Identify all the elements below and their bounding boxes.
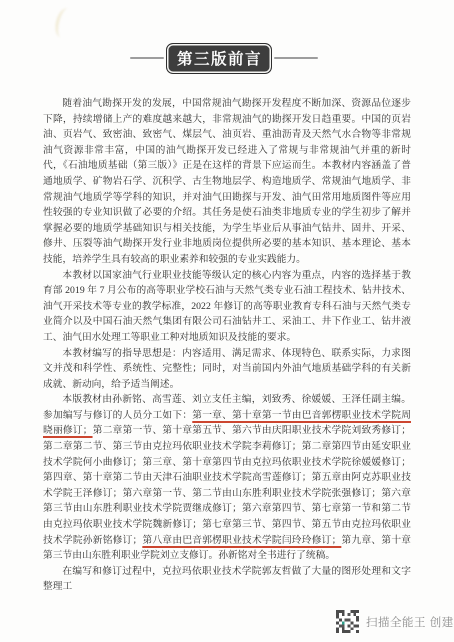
qr-code-icon [336,610,359,633]
contributors-underlined-2: 第八章由巴音郭楞职业技术学院闫玲玲修订； [142,535,341,546]
page-title: 第三版前言 [166,43,272,74]
chapter-title-banner: 第三版前言 [128,44,320,72]
scan-artifact [53,6,77,39]
paragraph-contributors: 本版教材由孙新铭、高雪莲、刘立支任主编，刘致秀、徐媛媛、王泽任副主编。参加编写与… [43,392,411,564]
camscanner-watermark: 扫描全能王 创建 [336,610,454,633]
paragraph-standards: 本教材以国家油气行业职业技能等级认定的核心内容为重点，内容的选择基于教育部 20… [43,268,411,346]
title-left-rule [130,57,164,59]
title-right-rule [274,57,318,59]
paragraph-intro: 随着油气勘探开发的发展，中国常规油气勘探开发程度不断加深、资源品位逐步下降，持续… [43,96,411,268]
paragraph-acknowledgement: 在编写和修订过程中，克拉玛依职业技术学院郭友哲做了大量的图形处理和文字整理工 [43,564,411,595]
scanned-book-page: 第三版前言 随着油气勘探开发的发展，中国常规油气勘探开发程度不断加深、资源品位逐… [0,0,454,642]
watermark-text: 扫描全能王 创建 [366,614,454,630]
paragraph-guiding-principles: 本教材编写的指导思想是：内容适用、满足需求、体现特色、联系实际，力求图文并茂和科… [43,346,411,393]
contributors-middle: 第二章第一节、第十章第五节、第六节由庆阳职业技术学院刘致秀修订；第二章第二节、第… [43,425,411,545]
body-text: 随着油气勘探开发的发展，中国常规油气勘探开发程度不断加深、资源品位逐步下降，持续… [43,96,411,595]
